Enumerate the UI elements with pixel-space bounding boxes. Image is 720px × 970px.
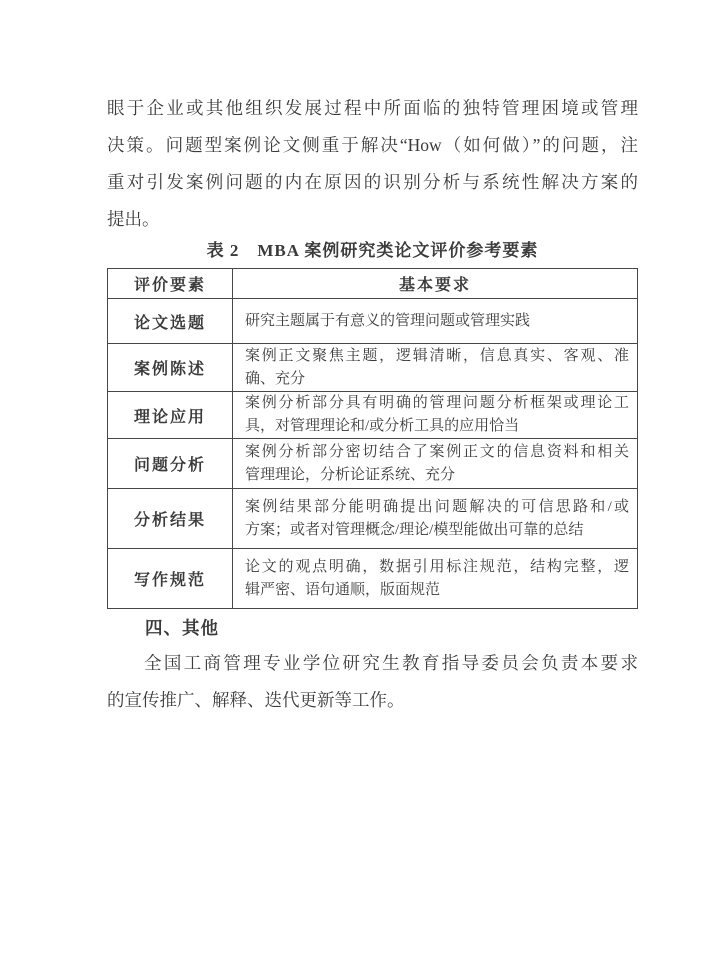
requirement-line: 研究主题属于有意义的管理问题或管理实践 (245, 310, 629, 333)
section-heading: 四、其他 (145, 614, 219, 642)
table-row: 理论应用 案例分析部分具有明确的管理问题分析框架或理论工 具，对管理理论和/或分… (108, 392, 638, 439)
criterion-cell: 写作规范 (108, 549, 233, 609)
paragraph-line: 眼于企业或其他组织发展过程中所面临的独特管理困境或管理 (107, 90, 638, 127)
requirement-cell: 案例分析部分密切结合了案例正文的信息资料和相关 管理理论，分析论证系统、充分 (233, 439, 638, 489)
header-cell-requirement: 基本要求 (233, 269, 638, 299)
requirement-line: 案例结果部分能明确提出问题解决的可信思路和/或 (245, 496, 629, 519)
table-row: 问题分析 案例分析部分密切结合了案例正文的信息资料和相关 管理理论，分析论证系统… (108, 439, 638, 489)
table-header-row: 评价要素 基本要求 (108, 269, 638, 299)
table-row: 分析结果 案例结果部分能明确提出问题解决的可信思路和/或 方案；或者对管理概念/… (108, 489, 638, 549)
requirement-line: 管理理论，分析论证系统、充分 (245, 464, 629, 487)
requirement-line: 案例分析部分具有明确的管理问题分析框架或理论工 (245, 392, 629, 415)
table-caption: 表 2 MBA 案例研究类论文评价参考要素 (107, 236, 638, 266)
requirement-line: 方案；或者对管理概念/理论/模型能做出可靠的总结 (245, 519, 629, 542)
requirement-cell: 研究主题属于有意义的管理问题或管理实践 (233, 299, 638, 344)
requirement-line: 具，对管理理论和/或分析工具的应用恰当 (245, 415, 629, 438)
paragraph-line: 决策。问题型案例论文侧重于解决“How（如何做）”的问题，注 (107, 127, 638, 164)
table-row: 论文选题 研究主题属于有意义的管理问题或管理实践 (108, 299, 638, 344)
requirement-line: 确、充分 (245, 368, 629, 391)
requirement-cell: 案例正文聚焦主题，逻辑清晰，信息真实、客观、准 确、充分 (233, 344, 638, 392)
criterion-cell: 问题分析 (108, 439, 233, 489)
criterion-cell: 理论应用 (108, 392, 233, 439)
requirement-line: 案例分析部分密切结合了案例正文的信息资料和相关 (245, 441, 629, 464)
table-row: 写作规范 论文的观点明确，数据引用标注规范，结构完整，逻 辑严密、语句通顺，版面… (108, 549, 638, 609)
table-row: 案例陈述 案例正文聚焦主题，逻辑清晰，信息真实、客观、准 确、充分 (108, 344, 638, 392)
criterion-cell: 论文选题 (108, 299, 233, 344)
criterion-cell: 案例陈述 (108, 344, 233, 392)
requirement-line: 辑严密、语句通顺，版面规范 (245, 579, 629, 602)
requirement-line: 论文的观点明确，数据引用标注规范，结构完整，逻 (245, 556, 629, 579)
closing-paragraph: 全国工商管理专业学位研究生教育指导委员会负责本要求 的宣传推广、解释、迭代更新等… (107, 645, 638, 719)
evaluation-table: 评价要素 基本要求 论文选题 研究主题属于有意义的管理问题或管理实践 案例陈述 … (107, 268, 638, 609)
paragraph-line: 提出。 (107, 201, 638, 238)
paragraph-line: 的宣传推广、解释、迭代更新等工作。 (107, 682, 638, 719)
requirement-line: 案例正文聚焦主题，逻辑清晰，信息真实、客观、准 (245, 345, 629, 368)
requirement-cell: 论文的观点明确，数据引用标注规范，结构完整，逻 辑严密、语句通顺，版面规范 (233, 549, 638, 609)
paragraph-line: 重对引发案例问题的内在原因的识别分析与系统性解决方案的 (107, 164, 638, 201)
criterion-cell: 分析结果 (108, 489, 233, 549)
paragraph-line: 全国工商管理专业学位研究生教育指导委员会负责本要求 (107, 645, 638, 682)
document-page: { "colors":{ "text":"#3a3a3a", "border":… (0, 0, 720, 970)
intro-paragraph: 眼于企业或其他组织发展过程中所面临的独特管理困境或管理 决策。问题型案例论文侧重… (107, 90, 638, 238)
header-cell-criterion: 评价要素 (108, 269, 233, 299)
requirement-cell: 案例分析部分具有明确的管理问题分析框架或理论工 具，对管理理论和/或分析工具的应… (233, 392, 638, 439)
requirement-cell: 案例结果部分能明确提出问题解决的可信思路和/或 方案；或者对管理概念/理论/模型… (233, 489, 638, 549)
